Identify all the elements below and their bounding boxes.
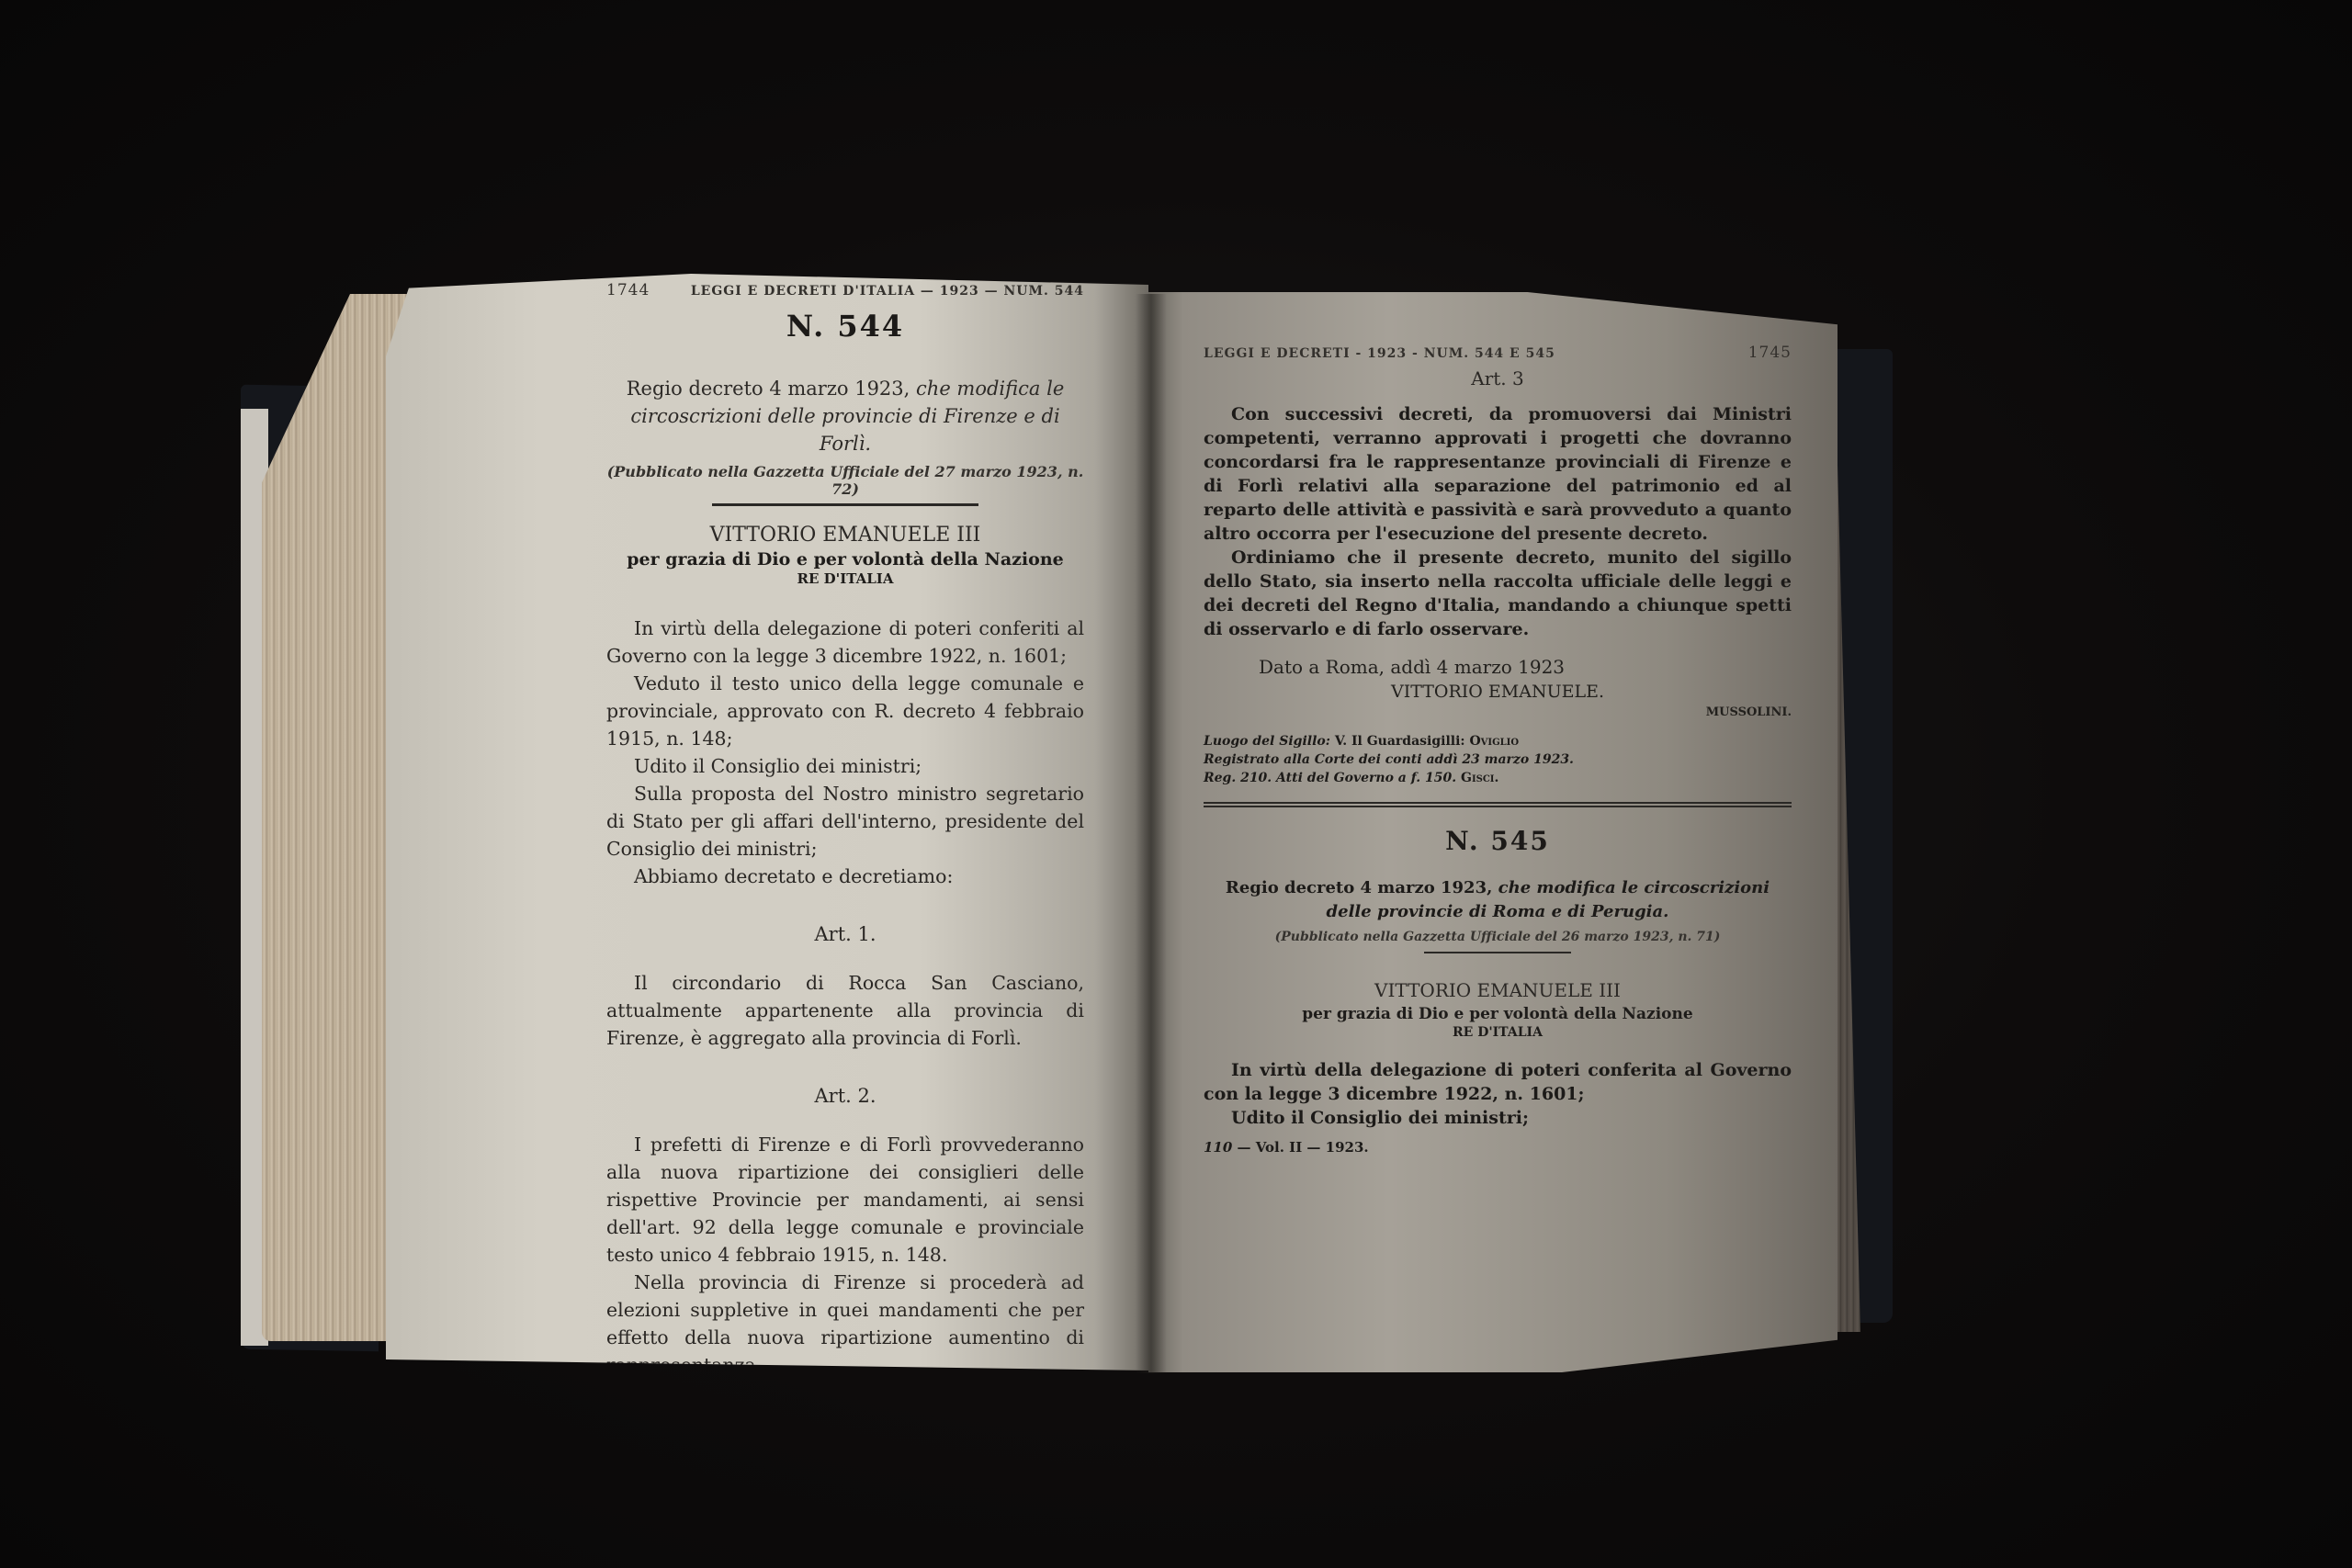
preamble-paragraph: In virtù della delegazione di poteri con… [1204, 1058, 1792, 1106]
decree-title-plain: Regio decreto 4 marzo 1923, [627, 378, 910, 400]
seal-line: Luogo del Sigillo: V. Il Guardasigilli: … [1204, 732, 1792, 750]
decree-number: N. 544 [606, 309, 1084, 344]
king-signature: VITTORIO EMANUELE. [1204, 682, 1792, 702]
register-line: Reg. 210. Atti del Governo a f. 150. Gis… [1204, 769, 1792, 787]
publication-note: (Pubblicato nella Gazzetta Ufficiale del… [1204, 930, 1792, 944]
registrar-name: Gisci. [1461, 771, 1498, 785]
book-gutter [1136, 294, 1167, 1373]
divider [1424, 952, 1571, 953]
left-page-number: 1744 [606, 281, 650, 299]
publication-note: (Pubblicato nella Gazzetta Ufficiale del… [606, 463, 1084, 498]
seal-notes: Luogo del Sigillo: V. Il Guardasigilli: … [1204, 732, 1792, 787]
seal-keeper-name: Oviglio [1469, 734, 1519, 749]
article-paragraph: Il circondario di Rocca San Casciano, at… [606, 969, 1084, 1052]
left-running-title: LEGGI E DECRETI D'ITALIA — 1923 — NUM. 5… [691, 284, 1084, 299]
preamble-paragraph: In virtù della delegazione di poteri con… [606, 615, 1084, 670]
sheet-number: 110 [1204, 1139, 1232, 1156]
right-page: LEGGI E DECRETI - 1923 - NUM. 544 E 545 … [1148, 292, 1837, 1372]
register-text: Reg. 210. Atti del Governo a f. 150. [1204, 771, 1456, 785]
order-paragraph: Ordiniamo che il presente decreto, munit… [1204, 546, 1792, 641]
article-paragraph: I prefetti di Firenze e di Forlì provved… [606, 1131, 1084, 1269]
registration-text: Registrato alla Corte dei conti addì 23 … [1204, 752, 1574, 767]
minister-signature: MUSSOLINI. [1204, 705, 1792, 719]
volume-label: — Vol. II — 1923. [1238, 1139, 1369, 1156]
decree-number: N. 545 [1204, 826, 1792, 856]
seal-keeper: V. Il Guardasigilli: [1335, 734, 1465, 749]
double-divider [1204, 802, 1792, 807]
open-book: 1744 LEGGI E DECRETI D'ITALIA — 1923 — N… [0, 0, 2352, 1568]
article-paragraph: Nella provincia di Firenze si procederà … [606, 1269, 1084, 1371]
article-heading: Art. 2. [606, 1085, 1084, 1107]
right-running-head: LEGGI E DECRETI - 1923 - NUM. 544 E 545 … [1204, 344, 1792, 362]
signature-mark: 110 — Vol. II — 1923. [1204, 1139, 1792, 1156]
preamble-paragraph: Sulla proposta del Nostro ministro segre… [606, 780, 1084, 863]
decree-title: Regio decreto 4 marzo 1923, che modifica… [1204, 876, 1792, 924]
date-place: Dato a Roma, addì 4 marzo 1923 [1204, 656, 1792, 678]
article-heading: Art. 1. [606, 923, 1084, 945]
preamble-paragraph: Udito il Consiglio dei ministri; [606, 752, 1084, 780]
divider [712, 503, 978, 506]
royal-title: RE D'ITALIA [606, 570, 1084, 587]
royal-formula: per grazia di Dio e per volontà della Na… [1204, 1003, 1792, 1025]
right-page-number: 1745 [1748, 344, 1792, 362]
preamble-paragraph: Udito il Consiglio dei ministri; [1204, 1106, 1792, 1130]
left-page: 1744 LEGGI E DECRETI D'ITALIA — 1923 — N… [386, 268, 1148, 1371]
article-heading: Art. 3 [1204, 367, 1792, 389]
royal-title: RE D'ITALIA [1204, 1025, 1792, 1040]
decree-title: Regio decreto 4 marzo 1923, che modifica… [606, 375, 1084, 457]
king-name: VITTORIO EMANUELE III [606, 523, 1084, 548]
left-running-head: 1744 LEGGI E DECRETI D'ITALIA — 1923 — N… [606, 281, 1084, 299]
article-paragraph: Con successivi decreti, da promuoversi d… [1204, 402, 1792, 546]
king-name: VITTORIO EMANUELE III [1204, 977, 1792, 1003]
preamble-paragraph: Abbiamo decretato e decretiamo: [606, 863, 1084, 890]
preamble-paragraph: Veduto il testo unico della legge comuna… [606, 670, 1084, 752]
right-running-title: LEGGI E DECRETI - 1923 - NUM. 544 E 545 [1204, 346, 1555, 361]
registration-line: Registrato alla Corte dei conti addì 23 … [1204, 750, 1792, 769]
decree-title-plain: Regio decreto 4 marzo 1923, [1226, 878, 1492, 897]
royal-formula: per grazia di Dio e per volontà della Na… [606, 548, 1084, 570]
seal-label: Luogo del Sigillo: [1204, 734, 1330, 749]
